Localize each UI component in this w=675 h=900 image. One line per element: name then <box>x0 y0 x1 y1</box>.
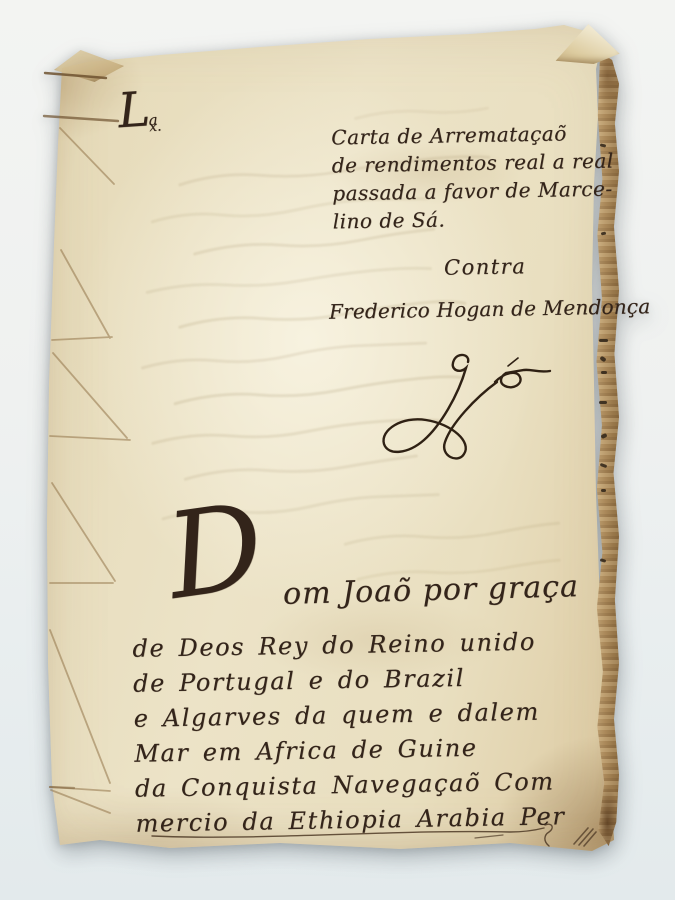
title-line: lino de Sá. <box>333 203 615 236</box>
versus-label: Contra <box>444 254 527 279</box>
photo-background: Lax. Carta de Arremataçaõ de rendimentos… <box>0 0 675 900</box>
body-line: de Deos Rey do Reino unido <box>132 624 562 666</box>
body-line: e Algarves da quem e dalem <box>133 694 563 736</box>
edge-ink-mark <box>601 371 607 374</box>
opening-initial-letter: D <box>160 486 270 616</box>
manuscript-page: Lax. Carta de Arremataçaõ de rendimentos… <box>40 24 622 856</box>
edge-ink-mark <box>599 401 607 404</box>
royal-title-text: de Deos Rey do Reino unido de Portugal e… <box>132 624 565 841</box>
shelfmark-abbrev: ax. <box>148 115 161 132</box>
edge-ink-mark <box>601 489 606 492</box>
title-block: Carta de Arremataçaõ de rendimentos real… <box>331 119 615 236</box>
shelfmark-initial: L <box>116 81 152 139</box>
title-line: passada a favor de Marce- <box>332 175 614 208</box>
edge-ink-mark <box>599 339 608 342</box>
body-line: mercio da Ethiopia Arabia Per <box>135 799 565 841</box>
edge-ink-mark <box>600 558 607 562</box>
shelfmark: Lax. <box>116 81 162 140</box>
